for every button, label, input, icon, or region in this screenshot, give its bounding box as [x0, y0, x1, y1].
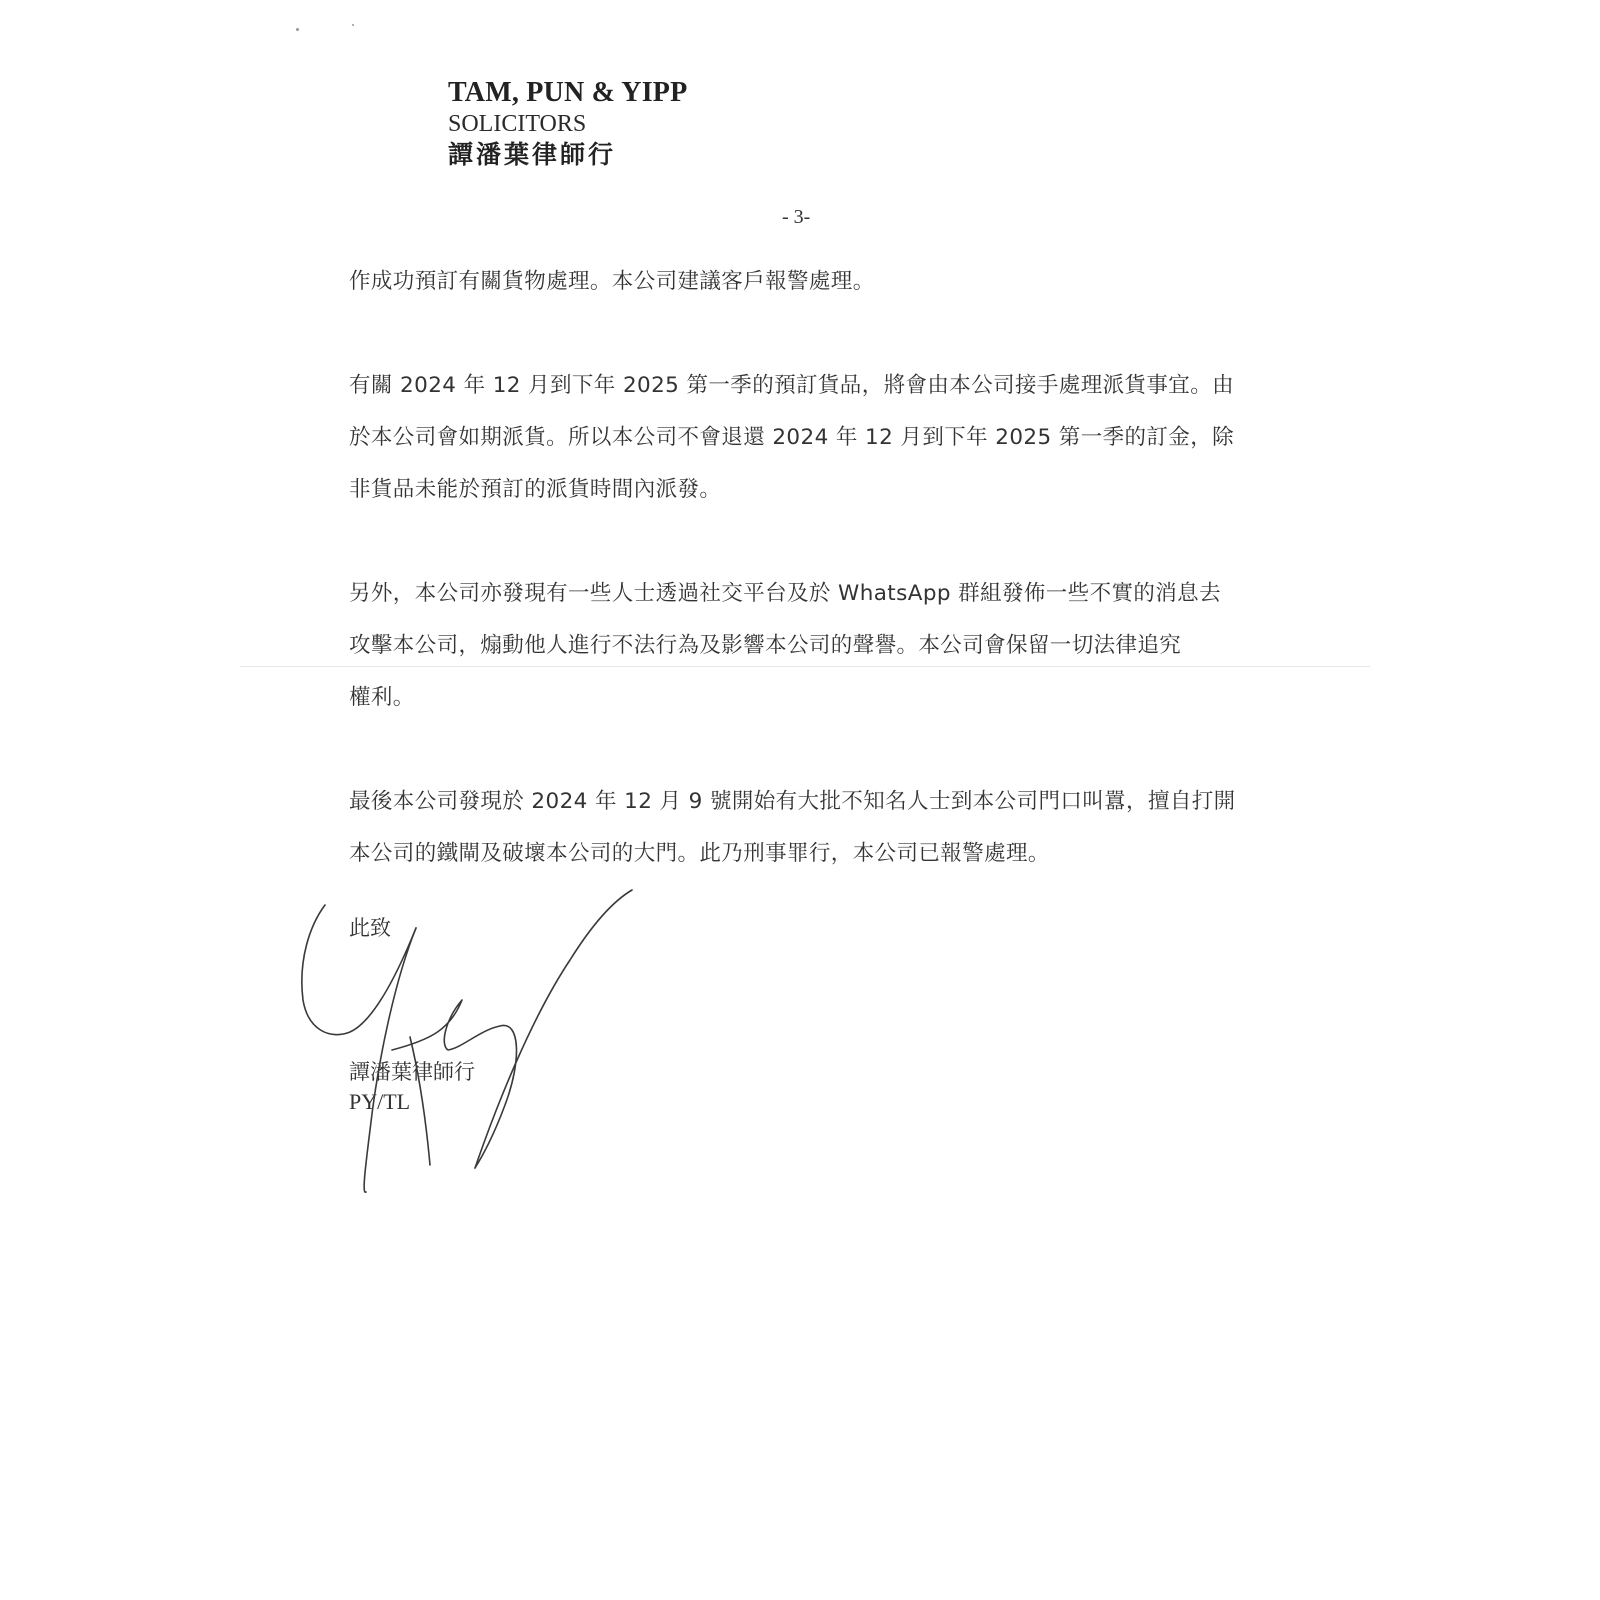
scan-speck [352, 24, 354, 26]
signature-firm-name: 譚潘葉律師行 [349, 1058, 475, 1086]
firm-name: TAM, PUN & YIPP [448, 76, 687, 110]
firm-name-chinese: 譚潘葉律師行 [448, 138, 687, 172]
paragraph-line: 本公司的鐵閘及破壞本公司的大門。此乃刑事罪行，本公司已報警處理。 [349, 828, 1239, 880]
paragraph-line: 非貨品未能於預訂的派貨時間內派發。 [349, 464, 1239, 516]
paragraph-line: 權利。 [349, 672, 1239, 724]
letterhead: TAM, PUN & YIPP SOLICITORS 譚潘葉律師行 [448, 76, 687, 172]
paragraph-4: 最後本公司發現於 2024 年 12 月 9 號開始有大批不知名人士到本公司門口… [349, 776, 1239, 880]
paragraph-2: 有關 2024 年 12 月到下年 2025 第一季的預訂貨品，將會由本公司接手… [349, 360, 1239, 516]
paragraph-line: 另外，本公司亦發現有一些人士透過社交平台及於 WhatsApp 群組發佈一些不實… [349, 568, 1239, 620]
paragraph-1: 作成功預訂有關貨物處理。本公司建議客戶報警處理。 [349, 256, 1239, 308]
scan-artifact-line [240, 666, 1370, 667]
signature-reference: PY/TL [349, 1088, 410, 1116]
paragraph-3: 另外，本公司亦發現有一些人士透過社交平台及於 WhatsApp 群組發佈一些不實… [349, 568, 1239, 724]
letter-page: TAM, PUN & YIPP SOLICITORS 譚潘葉律師行 - 3- 作… [0, 0, 1600, 1600]
paragraph-line: 作成功預訂有關貨物處理。本公司建議客戶報警處理。 [349, 256, 1239, 308]
paragraph-line: 有關 2024 年 12 月到下年 2025 第一季的預訂貨品，將會由本公司接手… [349, 360, 1239, 412]
paragraph-line: 於本公司會如期派貨。所以本公司不會退還 2024 年 12 月到下年 2025 … [349, 412, 1239, 464]
scan-speck [296, 28, 299, 31]
paragraph-line: 最後本公司發現於 2024 年 12 月 9 號開始有大批不知名人士到本公司門口… [349, 776, 1239, 828]
page-number: - 3- [782, 206, 810, 229]
closing-salutation: 此致 [349, 912, 391, 942]
firm-subtitle: SOLICITORS [448, 110, 687, 138]
paragraph-line: 攻擊本公司，煽動他人進行不法行為及影響本公司的聲譽。本公司會保留一切法律追究 [349, 620, 1239, 672]
